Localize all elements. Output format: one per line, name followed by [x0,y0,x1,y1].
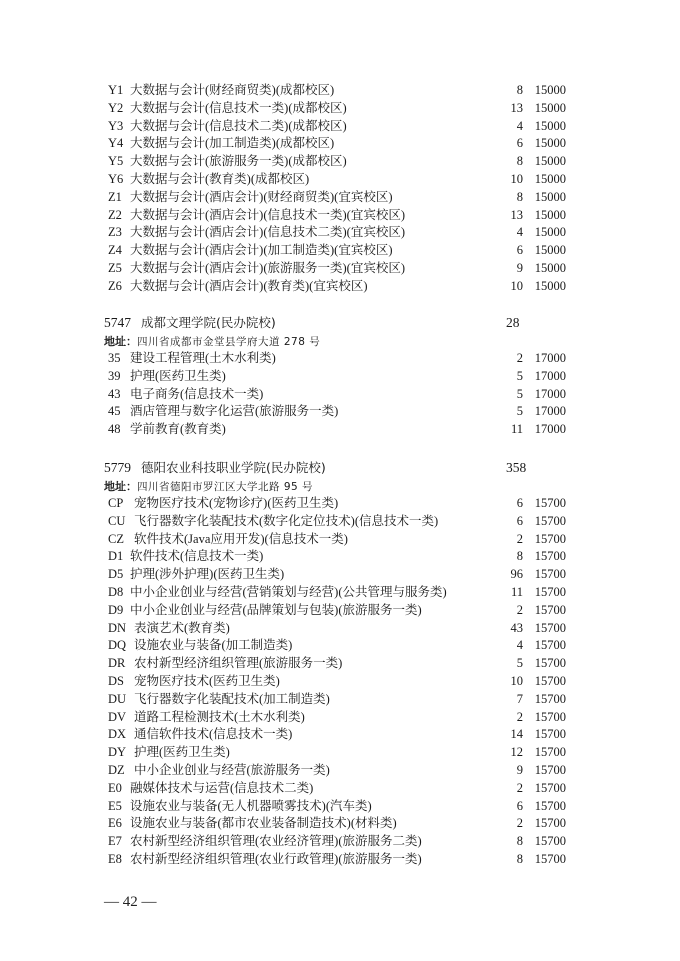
program-name: 设施农业与装备(加工制造类) [134,637,292,655]
program-count: 4 [517,224,523,242]
program-row: D9中小企业创业与经营(品牌策划与包装)(旅游服务一类)215700 [104,602,574,620]
program-code: Z2 [108,207,122,225]
program-row: CZ软件技术(Java应用开发)(信息技术一类)215700 [104,531,574,549]
school-section-5779: 5779 德阳农业科技职业学院(民办院校) 358 地址：四川省德阳市罗江区大学… [104,458,574,869]
program-fee: 15000 [535,171,566,189]
program-count: 5 [517,386,523,404]
program-code: E8 [108,851,122,869]
program-fee: 15000 [535,153,566,171]
program-row: E8农村新型经济组织管理(农业行政管理)(旅游服务一类)815700 [104,851,574,869]
program-code: DU [108,691,126,709]
program-fee: 15700 [535,815,566,833]
program-row: 45酒店管理与数字化运营(旅游服务一类)517000 [104,403,574,421]
program-row: D1软件技术(信息技术一类)815700 [104,548,574,566]
program-row: DR农村新型经济组织管理(旅游服务一类)515700 [104,655,574,673]
program-count: 5 [517,403,523,421]
program-code: E5 [108,798,122,816]
program-count: 13 [511,207,524,225]
program-name: 中小企业创业与经营(旅游服务一类) [134,762,330,780]
program-fee: 15000 [535,135,566,153]
program-name: 农村新型经济组织管理(农业行政管理)(旅游服务一类) [130,851,422,869]
program-name: 设施农业与装备(无人机器喷雾技术)(汽车类) [130,798,372,816]
program-row: DX通信软件技术(信息技术一类)1415700 [104,726,574,744]
program-count: 8 [517,548,523,566]
program-count: 2 [517,350,523,368]
program-name: 农村新型经济组织管理(农业经济管理)(旅游服务二类) [130,833,422,851]
program-count: 11 [511,421,523,439]
program-code: Y5 [108,153,123,171]
program-name: 建设工程管理(土木水利类) [130,350,276,368]
program-row: Z5大数据与会计(酒店会计)(旅游服务一类)(宜宾校区)915000 [104,260,574,278]
program-count: 8 [517,82,523,100]
program-row: E6设施农业与装备(都市农业装备制造技术)(材料类)215700 [104,815,574,833]
school-address: 地址：四川省成都市金堂县学府大道 278 号 [104,333,574,350]
program-count: 5 [517,655,523,673]
program-name: 护理(涉外护理)(医药卫生类) [130,566,284,584]
program-fee: 15000 [535,242,566,260]
program-row: Y4大数据与会计(加工制造类)(成都校区)615000 [104,135,574,153]
program-row: Z6大数据与会计(酒店会计)(教育类)(宜宾校区)1015000 [104,278,574,296]
school-address: 地址：四川省德阳市罗江区大学北路 95 号 [104,478,574,495]
program-count: 5 [517,368,523,386]
program-name: 软件技术(Java应用开发)(信息技术一类) [134,531,348,549]
program-name: 大数据与会计(酒店会计)(加工制造类)(宜宾校区) [130,242,392,260]
program-fee: 15700 [535,762,566,780]
program-fee: 17000 [535,368,566,386]
program-fee: 15000 [535,100,566,118]
program-count: 4 [517,118,523,136]
program-fee: 15700 [535,673,566,691]
program-count: 6 [517,513,523,531]
program-name: 飞行器数字化装配技术(加工制造类) [134,691,330,709]
program-name: 中小企业创业与经营(品牌策划与包装)(旅游服务一类) [130,602,422,620]
program-row: E7农村新型经济组织管理(农业经济管理)(旅游服务二类)815700 [104,833,574,851]
program-row: Y5大数据与会计(旅游服务一类)(成都校区)815000 [104,153,574,171]
program-code: DN [108,620,126,638]
program-count: 6 [517,242,523,260]
program-code: Y3 [108,118,123,136]
program-count: 8 [517,153,523,171]
program-fee: 15700 [535,620,566,638]
program-count: 8 [517,851,523,869]
school-code: 5779 [104,458,131,478]
program-name: 大数据与会计(信息技术一类)(成都校区) [130,100,347,118]
program-code: Y1 [108,82,123,100]
program-code: DZ [108,762,125,780]
page-number: — 42 — [104,892,157,912]
program-row: D8中小企业创业与经营(营销策划与经营)(公共管理与服务类)1115700 [104,584,574,602]
program-code: D5 [108,566,123,584]
program-name: 大数据与会计(酒店会计)(信息技术一类)(宜宾校区) [130,207,405,225]
program-name: 大数据与会计(财经商贸类)(成都校区) [130,82,334,100]
program-fee: 15700 [535,744,566,762]
program-name: 电子商务(信息技术一类) [130,386,263,404]
school-total-count: 358 [506,458,526,478]
program-count: 4 [517,637,523,655]
address-text: 四川省德阳市罗江区大学北路 95 号 [137,481,313,493]
program-code: Z5 [108,260,122,278]
program-name: 表演艺术(教育类) [134,620,230,638]
program-code: Z1 [108,189,122,207]
program-name: 软件技术(信息技术一类) [130,548,263,566]
program-row: CU飞行器数字化装配技术(数字化定位技术)(信息技术一类)615700 [104,513,574,531]
school-header: 5747 成都文理学院(民办院校) 28 [104,313,574,333]
program-fee: 15700 [535,602,566,620]
program-row: Y6大数据与会计(教育类)(成都校区)1015000 [104,171,574,189]
program-row: Y2大数据与会计(信息技术一类)(成都校区)1315000 [104,100,574,118]
program-code: Y4 [108,135,123,153]
program-name: 大数据与会计(旅游服务一类)(成都校区) [130,153,347,171]
program-code: D1 [108,548,123,566]
program-name: 大数据与会计(酒店会计)(财经商贸类)(宜宾校区) [130,189,392,207]
program-code: DV [108,709,126,727]
program-row: 39护理(医药卫生类)517000 [104,368,574,386]
program-row: DY护理(医药卫生类)1215700 [104,744,574,762]
program-code: E7 [108,833,122,851]
program-fee: 15700 [535,548,566,566]
program-row: 35建设工程管理(土木水利类)217000 [104,350,574,368]
program-count: 2 [517,780,523,798]
program-name: 学前教育(教育类) [130,421,226,439]
program-fee: 17000 [535,386,566,404]
program-row: 48学前教育(教育类)1117000 [104,421,574,439]
program-code: Y2 [108,100,123,118]
program-code: DR [108,655,125,673]
program-row: Z2大数据与会计(酒店会计)(信息技术一类)(宜宾校区)1315000 [104,207,574,225]
program-count: 6 [517,798,523,816]
program-row: DQ设施农业与装备(加工制造类)415700 [104,637,574,655]
program-name: 宠物医疗技术(宠物诊疗)(医药卫生类) [134,495,338,513]
program-code: 35 [108,350,121,368]
program-count: 2 [517,531,523,549]
program-code: DX [108,726,126,744]
program-code: DY [108,744,126,762]
program-fee: 15000 [535,118,566,136]
program-code: E6 [108,815,122,833]
program-code: D9 [108,602,123,620]
program-code: DS [108,673,124,691]
program-fee: 15000 [535,207,566,225]
program-row: DV道路工程检测技术(土木水利类)215700 [104,709,574,727]
program-code: 43 [108,386,121,404]
program-row: DZ中小企业创业与经营(旅游服务一类)915700 [104,762,574,780]
program-code: CU [108,513,125,531]
program-row: Z4大数据与会计(酒店会计)(加工制造类)(宜宾校区)615000 [104,242,574,260]
school-total-count: 28 [506,313,520,333]
program-name: 大数据与会计(加工制造类)(成都校区) [130,135,334,153]
program-fee: 15000 [535,224,566,242]
program-fee: 15700 [535,851,566,869]
program-fee: 15000 [535,189,566,207]
program-fee: 15700 [535,513,566,531]
program-code: Z3 [108,224,122,242]
program-code: 45 [108,403,121,421]
program-fee: 15700 [535,531,566,549]
program-code: DQ [108,637,126,655]
address-text: 四川省成都市金堂县学府大道 278 号 [137,336,320,348]
program-row: Z3大数据与会计(酒店会计)(信息技术二类)(宜宾校区)415000 [104,224,574,242]
program-row: CP宠物医疗技术(宠物诊疗)(医药卫生类)615700 [104,495,574,513]
program-fee: 15700 [535,566,566,584]
program-fee: 17000 [535,421,566,439]
program-count: 6 [517,135,523,153]
program-code: Z6 [108,278,122,296]
program-count: 7 [517,691,523,709]
document-page: Y1大数据与会计(财经商贸类)(成都校区)815000 Y2大数据与会计(信息技… [0,0,680,961]
program-name: 大数据与会计(酒店会计)(旅游服务一类)(宜宾校区) [130,260,405,278]
program-fee: 15700 [535,833,566,851]
program-name: 酒店管理与数字化运营(旅游服务一类) [130,403,338,421]
program-row: Y3大数据与会计(信息技术二类)(成都校区)415000 [104,118,574,136]
program-row: DS宠物医疗技术(医药卫生类)1015700 [104,673,574,691]
program-name: 农村新型经济组织管理(旅游服务一类) [134,655,342,673]
program-count: 13 [511,100,524,118]
program-name: 大数据与会计(信息技术二类)(成都校区) [130,118,347,136]
continued-program-list: Y1大数据与会计(财经商贸类)(成都校区)815000 Y2大数据与会计(信息技… [104,82,574,296]
program-count: 8 [517,189,523,207]
program-code: CZ [108,531,124,549]
program-row: Y1大数据与会计(财经商贸类)(成都校区)815000 [104,82,574,100]
program-code: 48 [108,421,121,439]
address-label: 地址： [104,480,137,493]
program-name: 大数据与会计(酒店会计)(信息技术二类)(宜宾校区) [130,224,405,242]
program-count: 2 [517,709,523,727]
program-fee: 15700 [535,584,566,602]
program-count: 9 [517,260,523,278]
program-row: DU飞行器数字化装配技术(加工制造类)715700 [104,691,574,709]
program-name: 通信软件技术(信息技术一类) [134,726,292,744]
program-code: D8 [108,584,123,602]
program-count: 2 [517,815,523,833]
program-name: 大数据与会计(酒店会计)(教育类)(宜宾校区) [130,278,367,296]
school-header: 5779 德阳农业科技职业学院(民办院校) 358 [104,458,574,478]
address-label: 地址： [104,335,137,348]
program-code: CP [108,495,123,513]
program-count: 12 [511,744,524,762]
school-section-5747: 5747 成都文理学院(民办院校) 28 地址：四川省成都市金堂县学府大道 27… [104,313,574,439]
school-name: 成都文理学院(民办院校) [141,313,276,333]
program-fee: 15700 [535,798,566,816]
program-name: 设施农业与装备(都市农业装备制造技术)(材料类) [130,815,397,833]
program-fee: 15000 [535,278,566,296]
school-code: 5747 [104,313,131,333]
program-fee: 15700 [535,726,566,744]
school-name: 德阳农业科技职业学院(民办院校) [141,458,326,478]
program-count: 6 [517,495,523,513]
program-name: 中小企业创业与经营(营销策划与经营)(公共管理与服务类) [130,584,447,602]
program-code: E0 [108,780,122,798]
program-fee: 15700 [535,495,566,513]
program-row: E5设施农业与装备(无人机器喷雾技术)(汽车类)615700 [104,798,574,816]
program-row: E0融媒体技术与运营(信息技术二类)215700 [104,780,574,798]
program-count: 11 [511,584,523,602]
program-fee: 15000 [535,260,566,278]
program-row: D5护理(涉外护理)(医药卫生类)9615700 [104,566,574,584]
program-name: 大数据与会计(教育类)(成都校区) [130,171,309,189]
program-code: 39 [108,368,121,386]
program-name: 护理(医药卫生类) [134,744,230,762]
program-count: 43 [511,620,524,638]
program-name: 融媒体技术与运营(信息技术二类) [130,780,313,798]
program-fee: 15700 [535,691,566,709]
program-fee: 15700 [535,637,566,655]
program-row: 43电子商务(信息技术一类)517000 [104,386,574,404]
program-code: Y6 [108,171,123,189]
program-fee: 17000 [535,350,566,368]
program-name: 飞行器数字化装配技术(数字化定位技术)(信息技术一类) [134,513,438,531]
program-name: 宠物医疗技术(医药卫生类) [134,673,280,691]
program-row: DN表演艺术(教育类)4315700 [104,620,574,638]
program-fee: 17000 [535,403,566,421]
program-count: 10 [511,278,524,296]
program-name: 道路工程检测技术(土木水利类) [134,709,305,727]
program-row: Z1大数据与会计(酒店会计)(财经商贸类)(宜宾校区)815000 [104,189,574,207]
program-fee: 15000 [535,82,566,100]
program-fee: 15700 [535,780,566,798]
program-fee: 15700 [535,709,566,727]
program-count: 2 [517,602,523,620]
program-count: 8 [517,833,523,851]
program-code: Z4 [108,242,122,260]
program-fee: 15700 [535,655,566,673]
program-count: 14 [511,726,524,744]
program-count: 10 [511,171,524,189]
program-count: 10 [511,673,524,691]
program-name: 护理(医药卫生类) [130,368,226,386]
program-count: 9 [517,762,523,780]
program-count: 96 [511,566,524,584]
